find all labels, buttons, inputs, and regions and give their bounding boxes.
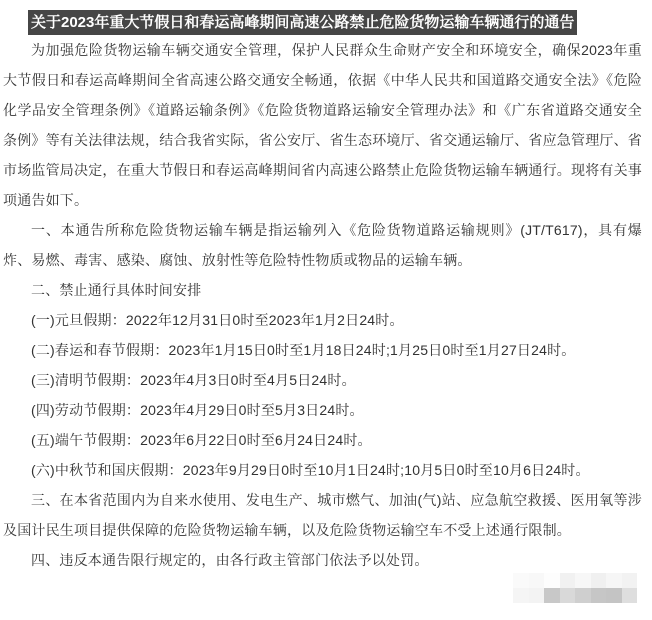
holiday-item-2: (二)春运和春节假期：2023年1月15日0时至1月18日24时;1月25日0时… bbox=[3, 335, 642, 365]
clause-1-definition: 一、本通告所称危险货物运输车辆是指运输列入《危险货物道路运输规则》(JT/T61… bbox=[3, 215, 642, 275]
intro-paragraph: 为加强危险货物运输车辆交通安全管理，保护人民群众生命财产安全和环境安全，确保20… bbox=[3, 35, 642, 215]
watermark-cell bbox=[529, 573, 545, 588]
watermark-cell bbox=[591, 588, 607, 603]
watermark-cell bbox=[622, 573, 638, 588]
clause-2-heading: 二、禁止通行具体时间安排 bbox=[3, 275, 642, 305]
watermark-cell bbox=[591, 573, 607, 588]
watermark-cell bbox=[544, 588, 560, 603]
watermark-cell bbox=[575, 573, 591, 588]
watermark-cell bbox=[529, 588, 545, 603]
watermark-cell bbox=[606, 573, 622, 588]
notice-document: 关于2023年重大节假日和春运高峰期间高速公路禁止危险货物运输车辆通行的通告 为… bbox=[0, 0, 652, 575]
watermark-row bbox=[513, 588, 637, 603]
watermark-cell bbox=[513, 573, 529, 588]
clause-4-penalty: 四、违反本通告限行规定的，由各行政主管部门依法予以处罚。 bbox=[3, 545, 642, 575]
page-title-highlight: 关于2023年重大节假日和春运高峰期间高速公路禁止危险货物运输车辆通行的通告 bbox=[28, 10, 577, 35]
watermark-cell bbox=[622, 588, 638, 603]
blurred-watermark bbox=[513, 573, 637, 603]
clause-3-exemptions: 三、在本省范围内为自来水使用、发电生产、城市燃气、加油(气)站、应急航空救援、医… bbox=[3, 485, 642, 545]
watermark-cell bbox=[544, 573, 560, 588]
holiday-item-3: (三)清明节假期：2023年4月3日0时至4月5日24时。 bbox=[3, 365, 642, 395]
watermark-cell bbox=[560, 573, 576, 588]
page-title: 关于2023年重大节假日和春运高峰期间高速公路禁止危险货物运输车辆通行的通告 bbox=[3, 11, 642, 35]
holiday-item-1: (一)元旦假期：2022年12月31日0时至2023年1月2日24时。 bbox=[3, 305, 642, 335]
holiday-item-4: (四)劳动节假期：2023年4月29日0时至5月3日24时。 bbox=[3, 395, 642, 425]
watermark-row bbox=[513, 573, 637, 588]
holiday-item-6: (六)中秋节和国庆假期：2023年9月29日0时至10月1日24时;10月5日0… bbox=[3, 455, 642, 485]
holiday-item-5: (五)端午节假期：2023年6月22日0时至6月24日24时。 bbox=[3, 425, 642, 455]
watermark-cell bbox=[606, 588, 622, 603]
watermark-cell bbox=[560, 588, 576, 603]
watermark-cell bbox=[513, 588, 529, 603]
watermark-cell bbox=[575, 588, 591, 603]
